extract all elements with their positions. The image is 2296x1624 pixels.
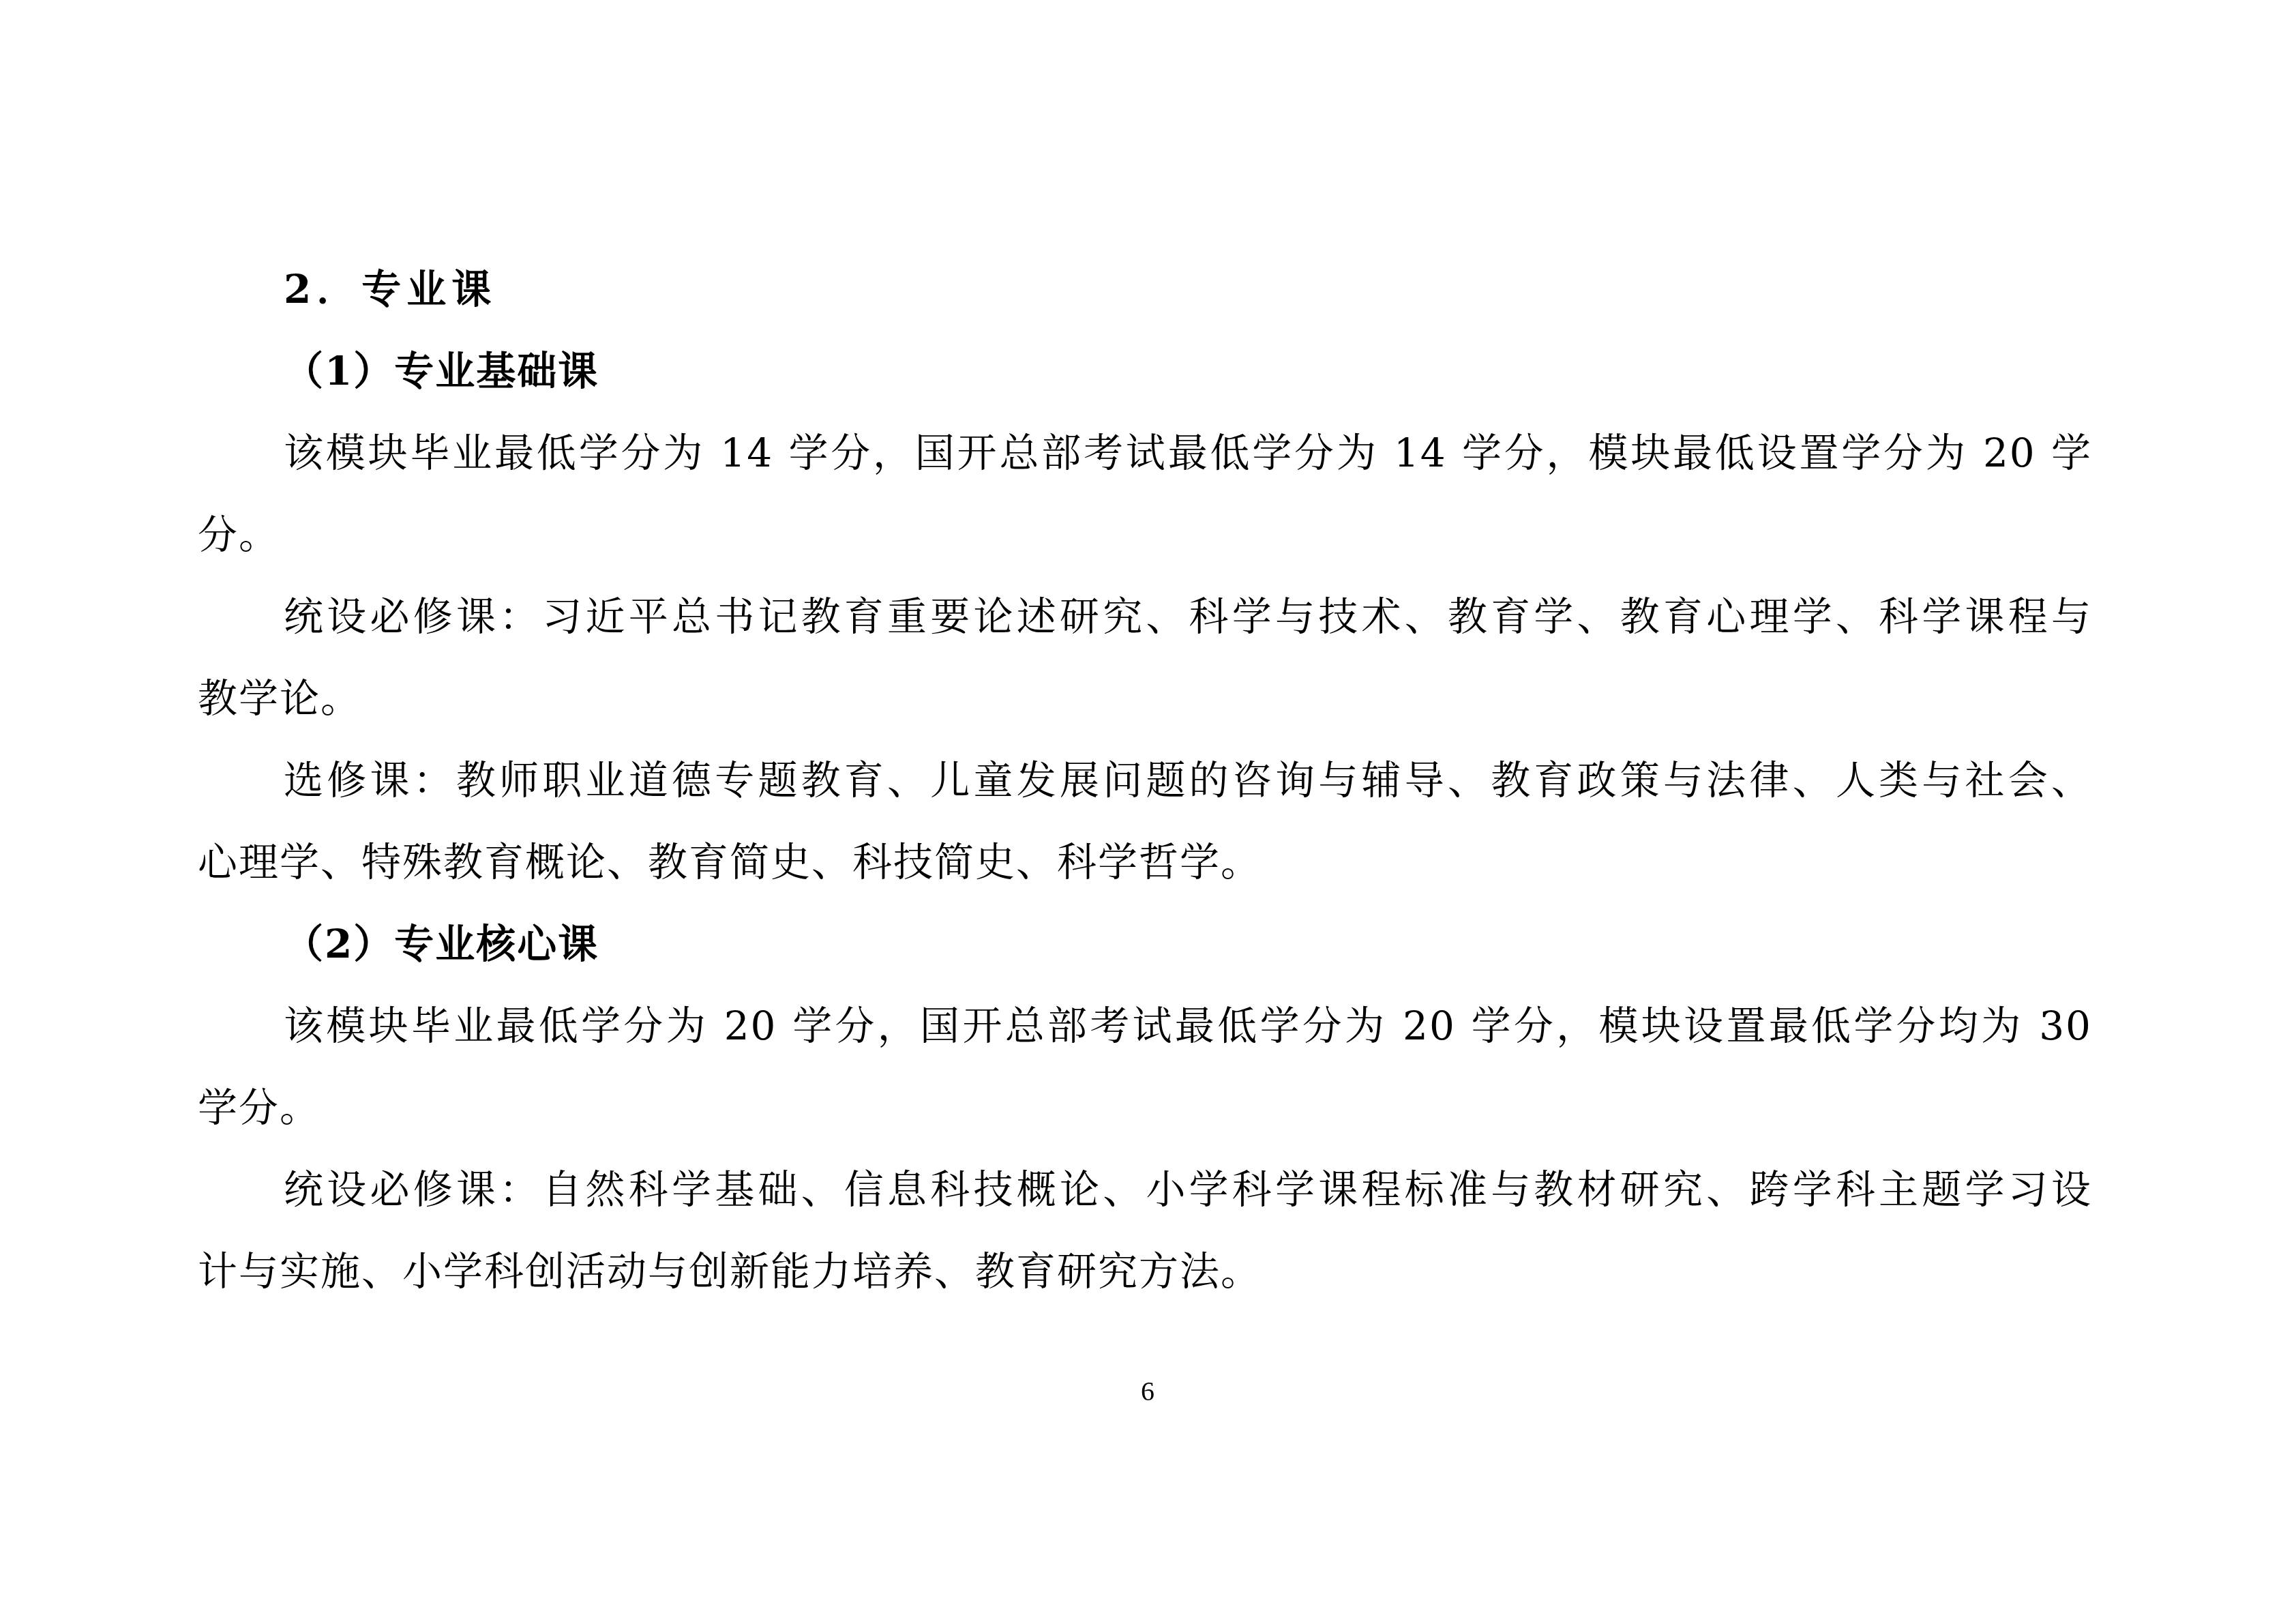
paragraph-line: 分。 bbox=[198, 494, 2092, 576]
document-page: 2．专业课 （1）专业基础课 该模块毕业最低学分为 14 学分，国开总部考试最低… bbox=[0, 0, 2296, 1624]
paragraph-line: 统设必修课：习近平总书记教育重要论述研究、科学与技术、教育学、教育心理学、科学课… bbox=[284, 576, 2092, 658]
paragraph-line: 教学论。 bbox=[198, 658, 2092, 739]
section-heading: 2．专业课 bbox=[284, 248, 966, 330]
paragraph-line: 心理学、特殊教育概论、教育简史、科技简史、科学哲学。 bbox=[198, 821, 2092, 903]
page-number: 6 bbox=[1125, 1371, 1170, 1412]
paragraph-line: 计与实施、小学科创活动与创新能力培养、教育研究方法。 bbox=[198, 1230, 2092, 1312]
subsection-heading-foundation: （1）专业基础课 bbox=[284, 330, 1102, 412]
paragraph-line: 学分。 bbox=[198, 1067, 2092, 1149]
paragraph-line: 该模块毕业最低学分为 20 学分，国开总部考试最低学分为 20 学分，模块设置最… bbox=[284, 985, 2092, 1067]
paragraph-line: 选修课：教师职业道德专题教育、儿童发展问题的咨询与辅导、教育政策与法律、人类与社… bbox=[284, 739, 2092, 821]
subsection-heading-core: （2）专业核心课 bbox=[284, 903, 1102, 985]
paragraph-line: 该模块毕业最低学分为 14 学分，国开总部考试最低学分为 14 学分，模块最低设… bbox=[284, 412, 2092, 494]
paragraph-line: 统设必修课：自然科学基础、信息科技概论、小学科学课程标准与教材研究、跨学科主题学… bbox=[284, 1149, 2092, 1230]
